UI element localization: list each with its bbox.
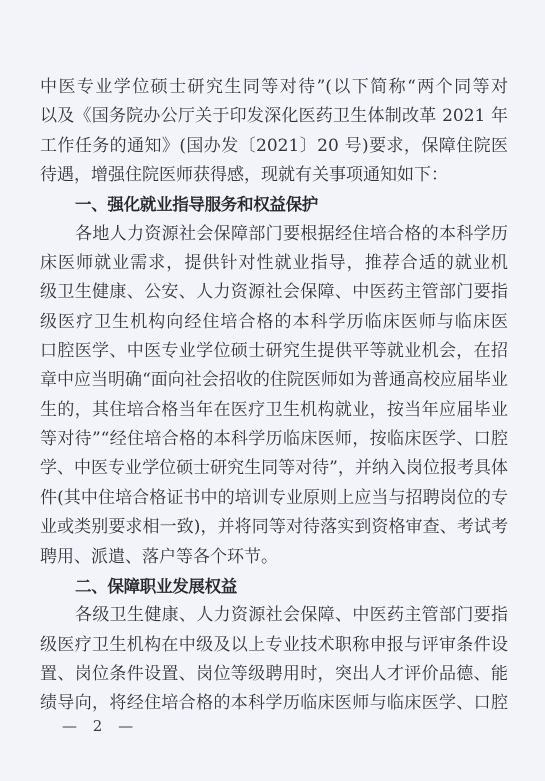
text-line: 业或类别要求相一致)，并将同等对待落实到资格审查、考试考察、 (40, 513, 508, 542)
text-line: 以及《国务院办公厅关于印发深化医药卫生体制改革 2021 年重点 (40, 102, 508, 131)
text-line: 聘用、派遣、落户等各个环节。 (40, 543, 508, 572)
text-line: 级医疗卫生机构向经住培合格的本科学历临床医师与临床医学、 (40, 308, 508, 337)
text-line: 各地人力资源社会保障部门要根据经住培合格的本科学历临 (40, 220, 508, 249)
text-line: 生的，其住培合格当年在医疗卫生机构就业，按当年应届毕业生同 (40, 396, 508, 425)
document-page: 中医专业学位硕士研究生同等对待”(以下简称“两个同等对待”)， 以及《国务院办公… (0, 0, 545, 781)
text-line: 等对待”“经住培合格的本科学历临床医师，按临床医学、口腔医 (40, 425, 508, 454)
text-line: 置、岗位条件设置、岗位等级聘用时，突出人才评价品德、能力、业 (40, 660, 508, 689)
text-line: 待遇，增强住院医师获得感，现就有关事项通知如下： (40, 161, 508, 190)
text-line: 学、中医专业学位硕士研究生同等对待”，并纳入岗位报考具体条 (40, 454, 508, 483)
text-line: 章中应当明确“面向社会招收的住院医师如为普通高校应届毕业 (40, 366, 508, 395)
text-line: 级卫生健康、公安、人力资源社会保障、中医药主管部门要指导各 (40, 278, 508, 307)
text-line: 各级卫生健康、人力资源社会保障、中医药主管部门要指导各 (40, 601, 508, 630)
text-line: 级医疗卫生机构在中级及以上专业技术职称申报与评审条件设 (40, 631, 508, 660)
text-line: 中医专业学位硕士研究生同等对待”(以下简称“两个同等对待”)， (40, 73, 508, 102)
document-text-block: 中医专业学位硕士研究生同等对待”(以下简称“两个同等对待”)， 以及《国务院办公… (40, 73, 508, 719)
text-line: 绩导向，将经住培合格的本科学历临床医师与临床医学、口腔医 (40, 689, 508, 718)
text-line: 床医师就业需求，提供针对性就业指导，推荐合适的就业机会。各 (40, 249, 508, 278)
page-number: — 2 — (62, 716, 134, 736)
text-line: 工作任务的通知》(国办发〔2021〕20 号)要求，保障住院医师合理 (40, 132, 508, 161)
section-1-heading: 一、强化就业指导服务和权益保护 (40, 190, 508, 219)
section-2-heading: 二、保障职业发展权益 (40, 572, 508, 601)
text-line: 件(其中住培合格证书中的培训专业原则上应当与招聘岗位的专 (40, 484, 508, 513)
text-line: 口腔医学、中医专业学位硕士研究生提供平等就业机会，在招聘简 (40, 337, 508, 366)
